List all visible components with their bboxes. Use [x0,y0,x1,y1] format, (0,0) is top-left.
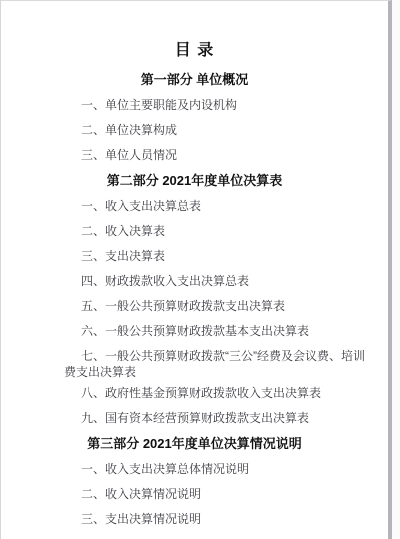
toc-item: 六、一般公共预算财政拨款基本支出决算表 [64,323,370,339]
toc-item: 三、支出决算情况说明 [64,511,370,527]
toc-item: 四、财政拨款收入支出决算总表 [64,273,370,289]
toc-item: 五、一般公共预算财政拨款支出决算表 [64,298,370,314]
document-page: 目 录 第一部分 单位概况 一、单位主要职能及内设机构 二、单位决算构成 三、单… [0,0,392,539]
section-part-1: 第一部分 单位概况 一、单位主要职能及内设机构 二、单位决算构成 三、单位人员情… [1,71,388,163]
toc-item: 一、收入支出决算总表 [64,198,370,214]
section-heading: 第三部分 2021年度单位决算情况说明 [1,435,388,453]
toc-item: 二、单位决算构成 [64,122,370,138]
toc-item: 八、政府性基金预算财政拨款收入支出决算表 [64,385,370,401]
section-heading: 第一部分 单位概况 [1,71,388,89]
table-of-contents: 目 录 第一部分 单位概况 一、单位主要职能及内设机构 二、单位决算构成 三、单… [1,1,388,527]
section-part-3: 第三部分 2021年度单位决算情况说明 一、收入支出决算总体情况说明 二、收入决… [1,435,388,527]
toc-item: 九、国有资本经营预算财政拨款支出决算表 [64,410,370,426]
toc-item: 三、支出决算表 [64,248,370,264]
toc-item: 二、收入决算情况说明 [64,486,370,502]
toc-item: 二、收入决算表 [64,223,370,239]
page-title: 目 录 [1,41,388,61]
toc-item: 七、一般公共预算财政拨款“三公”经费及会议费、培训费支出决算表 [64,348,370,380]
toc-item: 三、单位人员情况 [64,147,370,163]
section-heading: 第二部分 2021年度单位决算表 [1,172,388,190]
toc-item: 一、收入支出决算总体情况说明 [64,461,370,477]
toc-item: 一、单位主要职能及内设机构 [64,97,370,113]
section-part-2: 第二部分 2021年度单位决算表 一、收入支出决算总表 二、收入决算表 三、支出… [1,172,388,426]
